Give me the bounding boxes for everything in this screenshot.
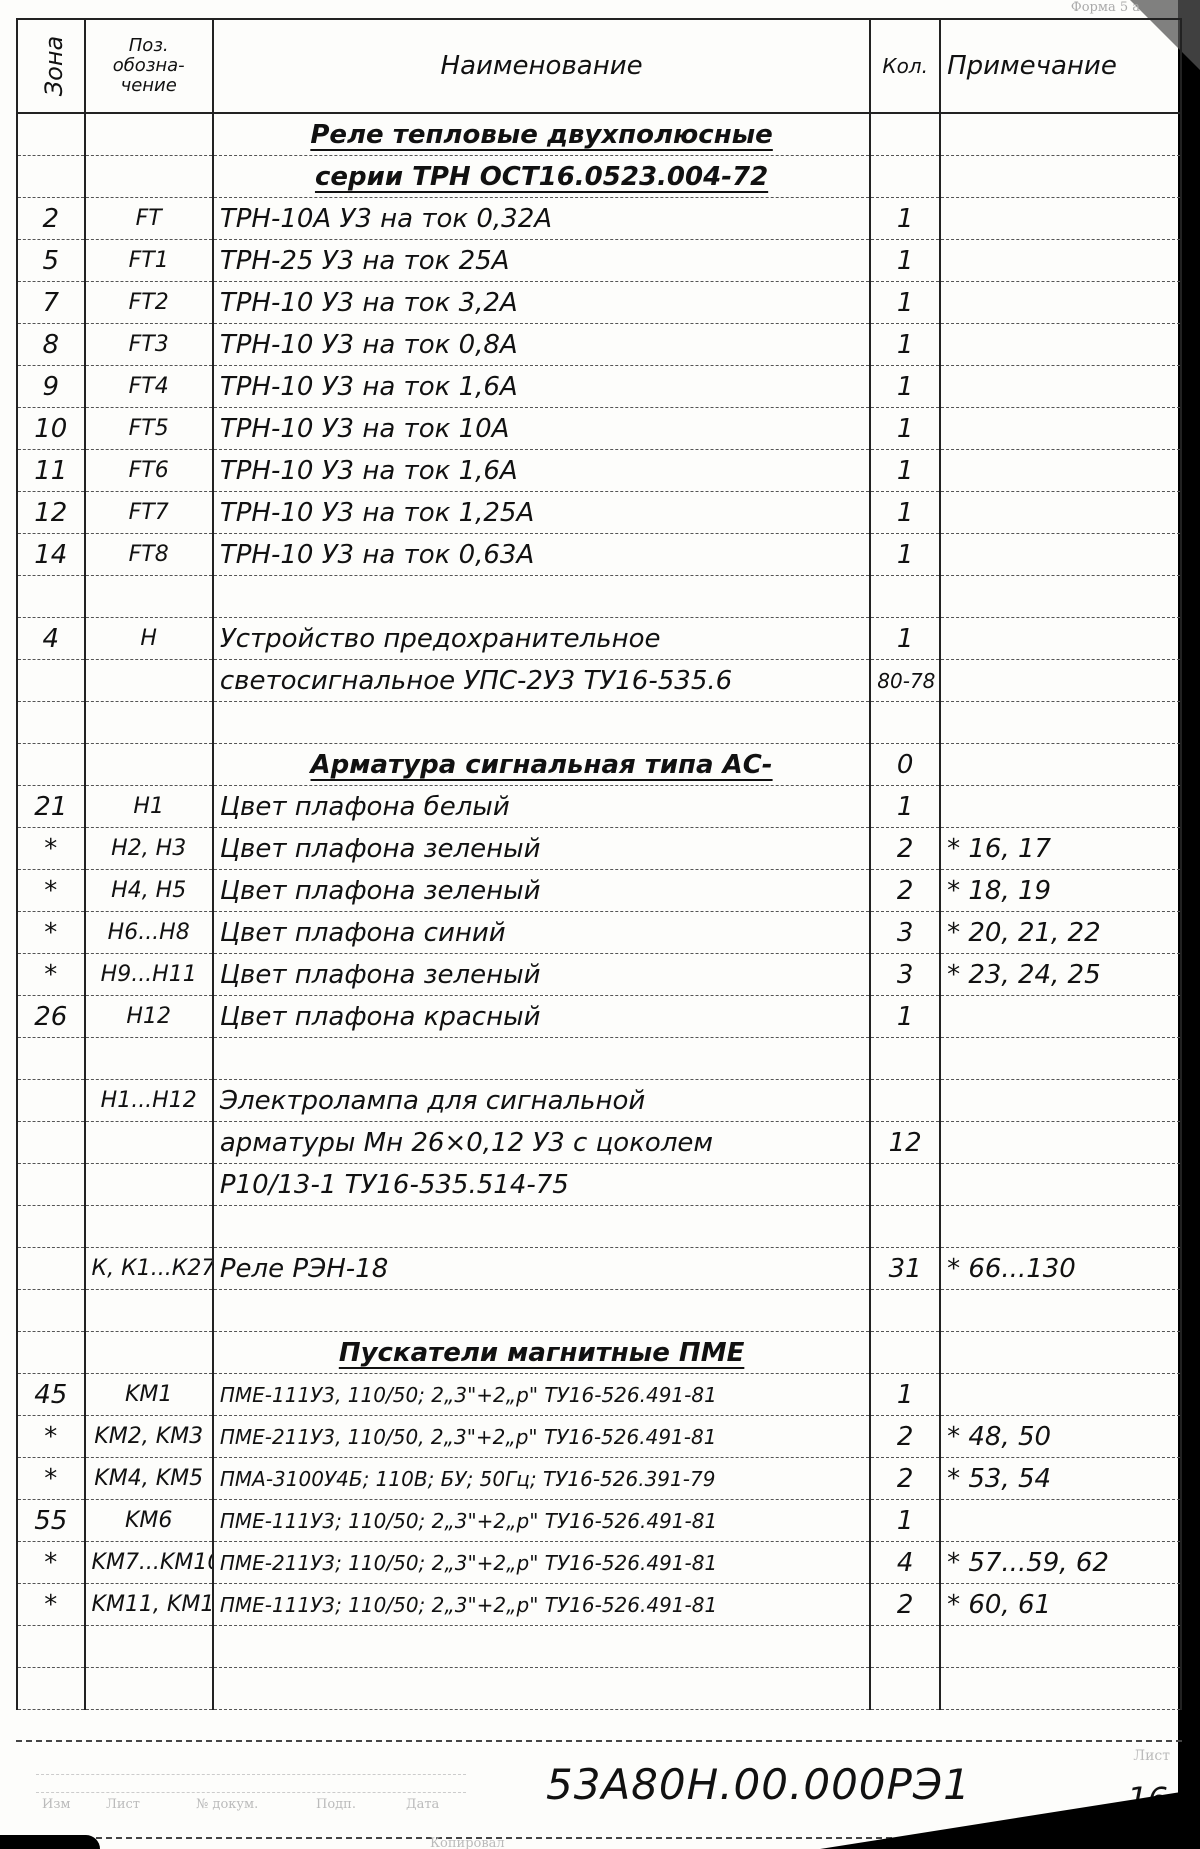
qty-cell: 1 (870, 240, 940, 282)
note-cell: * 48, 50 (940, 1416, 1181, 1458)
name-cell: Электролампа для сигнальной (213, 1080, 870, 1122)
position-cell (85, 113, 213, 156)
position-cell (85, 576, 213, 618)
table-row: H1...H12Электролампа для сигнальной (17, 1080, 1181, 1122)
zone-cell: 12 (17, 492, 85, 534)
table-row: 12FT7ТРН-10 У3 на ток 1,25А1 (17, 492, 1181, 534)
table-body: Реле тепловые двухполюсныесерии ТРН ОСТ1… (17, 113, 1181, 1710)
qty-cell: 1 (870, 534, 940, 576)
qty-cell: 2 (870, 1416, 940, 1458)
zone-cell: 9 (17, 366, 85, 408)
position-cell: KM4, KM5 (85, 1458, 213, 1500)
qty-cell: 4 (870, 1542, 940, 1584)
name-cell: ТРН-10 У3 на ток 3,2А (213, 282, 870, 324)
position-cell: FT8 (85, 534, 213, 576)
zone-cell: * (17, 912, 85, 954)
name-cell: Цвет плафона белый (213, 786, 870, 828)
position-cell (85, 702, 213, 744)
table-row: *H9...H11Цвет плафона зеленый3* 23, 24, … (17, 954, 1181, 996)
qty-cell: 2 (870, 1458, 940, 1500)
table-row: *KM4, KM5ПМА-3100У4Б; 110В; БУ; 50Гц; ТУ… (17, 1458, 1181, 1500)
name-cell: Цвет плафона зеленый (213, 870, 870, 912)
note-cell (940, 156, 1181, 198)
qty-cell (870, 702, 940, 744)
table-row: Р10/13-1 ТУ16-535.514-75 (17, 1164, 1181, 1206)
name-cell: Р10/13-1 ТУ16-535.514-75 (213, 1164, 870, 1206)
note-cell (940, 1164, 1181, 1206)
sheet-label: Лист (1133, 1748, 1170, 1764)
document-page: Форма 5 а Зона Поз. обозна- чение Наимен… (0, 0, 1200, 1849)
name-cell: ПМЕ-211У3, 110/50, 2„3"+2„р" ТУ16-526.49… (213, 1416, 870, 1458)
table-row: 14FT8ТРН-10 У3 на ток 0,63А1 (17, 534, 1181, 576)
table-row: 4HУстройство предохранительное1 (17, 618, 1181, 660)
zone-cell: 8 (17, 324, 85, 366)
note-cell (940, 366, 1181, 408)
position-cell: FT1 (85, 240, 213, 282)
name-cell: Арматура сигнальная типа АС- (213, 744, 870, 786)
section-heading-row: Реле тепловые двухполюсные (17, 113, 1181, 156)
name-cell: Цвет плафона зеленый (213, 954, 870, 996)
zone-cell (17, 1164, 85, 1206)
zone-cell: 45 (17, 1374, 85, 1416)
zone-cell: * (17, 828, 85, 870)
zone-cell (17, 576, 85, 618)
name-cell (213, 1206, 870, 1248)
position-cell (85, 1332, 213, 1374)
zone-cell (17, 1080, 85, 1122)
note-cell (940, 492, 1181, 534)
name-cell: Реле тепловые двухполюсные (213, 113, 870, 156)
zone-cell: * (17, 1416, 85, 1458)
note-cell (940, 534, 1181, 576)
table-row: арматуры Мн 26×0,12 У3 с цоколем12 (17, 1122, 1181, 1164)
table-header-row: Зона Поз. обозна- чение Наименование Кол… (17, 19, 1181, 113)
note-cell (940, 1332, 1181, 1374)
name-cell: ПМЕ-111У3, 110/50; 2„3"+2„р" ТУ16-526.49… (213, 1374, 870, 1416)
qty-cell: 1 (870, 492, 940, 534)
blank-row (17, 1290, 1181, 1332)
qty-cell: 1 (870, 408, 940, 450)
zone-cell: 7 (17, 282, 85, 324)
zone-cell (17, 1038, 85, 1080)
table-row: *KM2, KM3ПМЕ-211У3, 110/50, 2„3"+2„р" ТУ… (17, 1416, 1181, 1458)
qty-cell: 1 (870, 366, 940, 408)
qty-cell (870, 1332, 940, 1374)
position-cell: H6...H8 (85, 912, 213, 954)
name-cell: ПМЕ-111У3; 110/50; 2„3"+2„р" ТУ16-526.49… (213, 1584, 870, 1626)
zone-cell: 11 (17, 450, 85, 492)
qty-cell: 2 (870, 870, 940, 912)
note-cell (940, 1080, 1181, 1122)
qty-cell (870, 113, 940, 156)
note-cell (940, 113, 1181, 156)
section-heading-row: Пускатели магнитные ПМЕ (17, 1332, 1181, 1374)
position-cell: H1...H12 (85, 1080, 213, 1122)
blank-row (17, 576, 1181, 618)
zone-cell: 5 (17, 240, 85, 282)
qty-cell: 1 (870, 1500, 940, 1542)
note-cell: * 66...130 (940, 1248, 1181, 1290)
name-cell: ТРН-10 У3 на ток 1,6А (213, 366, 870, 408)
position-cell: KM2, KM3 (85, 1416, 213, 1458)
position-cell: FT4 (85, 366, 213, 408)
qty-cell (870, 1290, 940, 1332)
position-cell (85, 1626, 213, 1668)
note-cell: * 60, 61 (940, 1584, 1181, 1626)
name-cell: Цвет плафона красный (213, 996, 870, 1038)
note-cell (940, 450, 1181, 492)
blank-row (17, 702, 1181, 744)
header-note: Примечание (940, 19, 1181, 113)
zone-cell (17, 1122, 85, 1164)
note-cell (940, 1038, 1181, 1080)
zone-cell: 14 (17, 534, 85, 576)
name-cell (213, 1626, 870, 1668)
name-cell (213, 702, 870, 744)
blank-row (17, 1668, 1181, 1710)
zone-cell (17, 156, 85, 198)
qty-cell: 1 (870, 1374, 940, 1416)
zone-cell (17, 660, 85, 702)
position-cell: KM11, KM12 (85, 1584, 213, 1626)
name-cell: серии ТРН ОСТ16.0523.004-72 (213, 156, 870, 198)
name-cell (213, 1290, 870, 1332)
table-row: 21H1Цвет плафона белый1 (17, 786, 1181, 828)
name-cell: Цвет плафона синий (213, 912, 870, 954)
position-cell: FT7 (85, 492, 213, 534)
table-row: 8FT3ТРН-10 У3 на ток 0,8А1 (17, 324, 1181, 366)
position-cell (85, 744, 213, 786)
zone-cell (17, 1332, 85, 1374)
qty-cell (870, 1668, 940, 1710)
qty-cell (870, 1626, 940, 1668)
note-cell (940, 1374, 1181, 1416)
position-cell: KM7...KM10 (85, 1542, 213, 1584)
zone-cell (17, 744, 85, 786)
qty-cell: 1 (870, 450, 940, 492)
table-row: 10FT5ТРН-10 У3 на ток 10А1 (17, 408, 1181, 450)
note-cell (940, 996, 1181, 1038)
name-cell: арматуры Мн 26×0,12 У3 с цоколем (213, 1122, 870, 1164)
note-cell (940, 198, 1181, 240)
note-cell (940, 408, 1181, 450)
table-row: 26H12Цвет плафона красный1 (17, 996, 1181, 1038)
qty-cell (870, 1206, 940, 1248)
note-cell (940, 324, 1181, 366)
zone-cell: * (17, 1542, 85, 1584)
table-row: 2FTТРН-10А У3 на ток 0,32А1 (17, 198, 1181, 240)
position-cell: H2, H3 (85, 828, 213, 870)
note-cell (940, 702, 1181, 744)
name-cell: Устройство предохранительное (213, 618, 870, 660)
name-cell (213, 1668, 870, 1710)
table-row: 45KM1ПМЕ-111У3, 110/50; 2„3"+2„р" ТУ16-5… (17, 1374, 1181, 1416)
stamp-cell: Подп. (316, 1797, 356, 1812)
zone-cell: * (17, 1458, 85, 1500)
name-cell: ТРН-10 У3 на ток 1,25А (213, 492, 870, 534)
note-cell: * 20, 21, 22 (940, 912, 1181, 954)
stamp-cell: Дата (406, 1797, 439, 1812)
zone-cell (17, 1290, 85, 1332)
qty-cell: 1 (870, 324, 940, 366)
note-cell: * 18, 19 (940, 870, 1181, 912)
name-cell: ТРН-25 У3 на ток 25А (213, 240, 870, 282)
position-cell: К, К1...К27 (85, 1248, 213, 1290)
name-cell: Цвет плафона зеленый (213, 828, 870, 870)
zone-cell: * (17, 870, 85, 912)
scan-shadow (0, 1835, 100, 1849)
position-cell (85, 1122, 213, 1164)
table-row: 11FT6ТРН-10 У3 на ток 1,6А1 (17, 450, 1181, 492)
note-cell (940, 786, 1181, 828)
note-cell (940, 1290, 1181, 1332)
qty-cell: 80-78 (870, 660, 940, 702)
note-cell: * 23, 24, 25 (940, 954, 1181, 996)
zone-cell (17, 702, 85, 744)
note-cell (940, 1206, 1181, 1248)
stamp-cell: Лист (106, 1797, 140, 1812)
table-row: 5FT1ТРН-25 У3 на ток 25А1 (17, 240, 1181, 282)
blank-row (17, 1038, 1181, 1080)
name-cell: ТРН-10 У3 на ток 0,63А (213, 534, 870, 576)
position-cell (85, 1290, 213, 1332)
specification-table: Зона Поз. обозна- чение Наименование Кол… (16, 18, 1182, 1710)
position-cell (85, 1164, 213, 1206)
position-cell: FT (85, 198, 213, 240)
position-cell: KM1 (85, 1374, 213, 1416)
qty-cell: 1 (870, 618, 940, 660)
note-cell (940, 1668, 1181, 1710)
name-cell: светосигнальное УПС-2У3 ТУ16-535.6 (213, 660, 870, 702)
position-cell (85, 156, 213, 198)
note-cell (940, 1626, 1181, 1668)
note-cell (940, 1122, 1181, 1164)
qty-cell: 2 (870, 828, 940, 870)
zone-cell (17, 113, 85, 156)
note-cell (940, 744, 1181, 786)
name-cell: ТРН-10 У3 на ток 1,6А (213, 450, 870, 492)
zone-cell: 21 (17, 786, 85, 828)
name-cell: ТРН-10 У3 на ток 0,8А (213, 324, 870, 366)
qty-cell (870, 576, 940, 618)
qty-cell (870, 1080, 940, 1122)
note-cell (940, 240, 1181, 282)
qty-cell: 1 (870, 996, 940, 1038)
table-row: *KM7...KM10ПМЕ-211У3; 110/50; 2„3"+2„р" … (17, 1542, 1181, 1584)
zone-cell (17, 1626, 85, 1668)
name-cell: Пускатели магнитные ПМЕ (213, 1332, 870, 1374)
header-name: Наименование (213, 19, 870, 113)
table-row: 55KM6ПМЕ-111У3; 110/50; 2„3"+2„р" ТУ16-5… (17, 1500, 1181, 1542)
qty-cell: 12 (870, 1122, 940, 1164)
torn-corner-bottom (820, 1789, 1200, 1849)
note-cell (940, 282, 1181, 324)
qty-cell: 2 (870, 1584, 940, 1626)
name-cell (213, 1038, 870, 1080)
position-cell: H4, H5 (85, 870, 213, 912)
zone-cell: 55 (17, 1500, 85, 1542)
section-heading-row: серии ТРН ОСТ16.0523.004-72 (17, 156, 1181, 198)
qty-cell: 1 (870, 198, 940, 240)
position-cell: FT5 (85, 408, 213, 450)
qty-cell (870, 1038, 940, 1080)
qty-cell (870, 1164, 940, 1206)
zone-cell: 4 (17, 618, 85, 660)
qty-cell: 1 (870, 786, 940, 828)
table-row: 9FT4ТРН-10 У3 на ток 1,6А1 (17, 366, 1181, 408)
name-cell (213, 576, 870, 618)
qty-cell: 1 (870, 282, 940, 324)
qty-cell: 3 (870, 954, 940, 996)
revision-stamp: Изм Лист № докум. Подп. Дата (36, 1752, 466, 1827)
qty-cell: 3 (870, 912, 940, 954)
table-row: *KM11, KM12ПМЕ-111У3; 110/50; 2„3"+2„р" … (17, 1584, 1181, 1626)
name-cell: Реле РЭН-18 (213, 1248, 870, 1290)
table-row: *H2, H3Цвет плафона зеленый2* 16, 17 (17, 828, 1181, 870)
name-cell: ТРН-10А У3 на ток 0,32А (213, 198, 870, 240)
name-cell: ПМЕ-211У3; 110/50; 2„3"+2„р" ТУ16-526.49… (213, 1542, 870, 1584)
qty-cell: 31 (870, 1248, 940, 1290)
name-cell: ПМА-3100У4Б; 110В; БУ; 50Гц; ТУ16-526.39… (213, 1458, 870, 1500)
zone-cell: 2 (17, 198, 85, 240)
blank-row (17, 1626, 1181, 1668)
form-label: Форма 5 а (1071, 0, 1140, 15)
table-row: К, К1...К27Реле РЭН-1831* 66...130 (17, 1248, 1181, 1290)
position-cell: KM6 (85, 1500, 213, 1542)
position-cell (85, 1668, 213, 1710)
name-cell: ТРН-10 У3 на ток 10А (213, 408, 870, 450)
position-cell: FT3 (85, 324, 213, 366)
position-cell: FT6 (85, 450, 213, 492)
note-cell: * 57...59, 62 (940, 1542, 1181, 1584)
name-cell: ПМЕ-111У3; 110/50; 2„3"+2„р" ТУ16-526.49… (213, 1500, 870, 1542)
format-label: Копировал (430, 1836, 505, 1849)
table-row: *H4, H5Цвет плафона зеленый2* 18, 19 (17, 870, 1181, 912)
zone-cell: * (17, 954, 85, 996)
table-row: 7FT2ТРН-10 У3 на ток 3,2А1 (17, 282, 1181, 324)
zone-cell: 26 (17, 996, 85, 1038)
zone-cell (17, 1248, 85, 1290)
position-cell (85, 1038, 213, 1080)
position-cell: H12 (85, 996, 213, 1038)
table-row: *H6...H8Цвет плафона синий3* 20, 21, 22 (17, 912, 1181, 954)
note-cell (940, 1500, 1181, 1542)
note-cell: * 53, 54 (940, 1458, 1181, 1500)
note-cell (940, 618, 1181, 660)
blank-row (17, 1206, 1181, 1248)
zone-cell (17, 1206, 85, 1248)
position-cell (85, 660, 213, 702)
qty-cell (870, 156, 940, 198)
position-cell: H (85, 618, 213, 660)
zone-cell: * (17, 1584, 85, 1626)
position-cell: H9...H11 (85, 954, 213, 996)
stamp-cell: № докум. (196, 1797, 258, 1812)
zone-cell (17, 1668, 85, 1710)
note-cell (940, 576, 1181, 618)
zone-cell: 10 (17, 408, 85, 450)
position-cell (85, 1206, 213, 1248)
note-cell: * 16, 17 (940, 828, 1181, 870)
header-zone: Зона (17, 19, 85, 113)
note-cell (940, 660, 1181, 702)
stamp-cell: Изм (42, 1797, 71, 1812)
position-cell: FT2 (85, 282, 213, 324)
header-qty: Кол. (870, 19, 940, 113)
qty-cell: 0 (870, 744, 940, 786)
position-cell: H1 (85, 786, 213, 828)
header-position: Поз. обозна- чение (85, 19, 213, 113)
table-row: светосигнальное УПС-2У3 ТУ16-535.680-78 (17, 660, 1181, 702)
section-heading-row: Арматура сигнальная типа АС-0 (17, 744, 1181, 786)
